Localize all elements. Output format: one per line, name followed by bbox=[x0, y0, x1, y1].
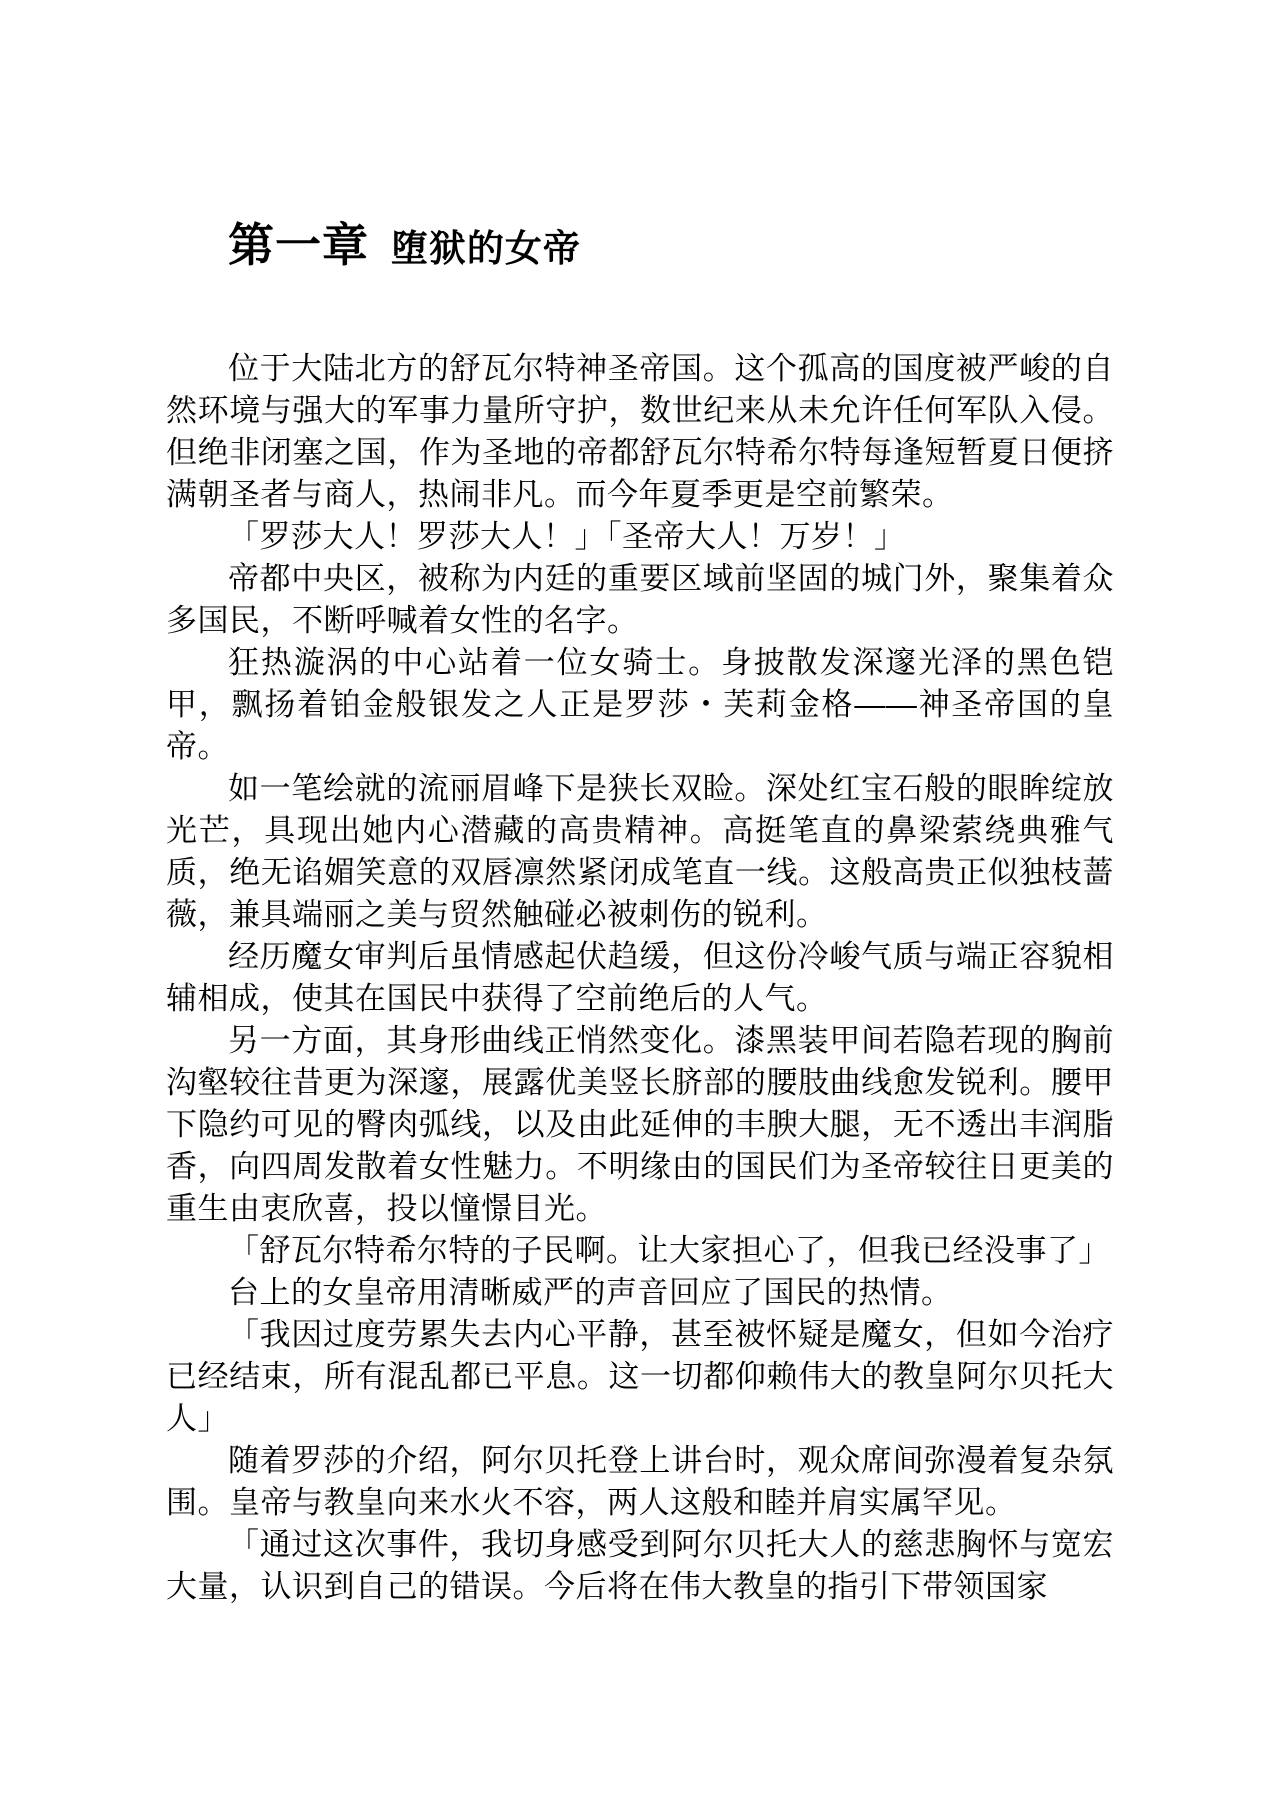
paragraph-dialogue: 「舒瓦尔特希尔特的子民啊。让大家担心了，但我已经没事了」 bbox=[166, 1230, 1114, 1272]
paragraph: 经历魔女审判后虽情感起伏趋缓，但这份冷峻气质与端正容貌相辅相成，使其在国民中获得… bbox=[166, 936, 1114, 1020]
chapter-heading: 第一章 堕狱的女帝 bbox=[166, 0, 1114, 268]
document-page: 第一章 堕狱的女帝 位于大陆北方的舒瓦尔特神圣帝国。这个孤高的国度被严峻的自然环… bbox=[0, 0, 1280, 1809]
paragraph: 狂热漩涡的中心站着一位女骑士。身披散发深邃光泽的黑色铠甲，飘扬着铂金般银发之人正… bbox=[166, 642, 1114, 768]
paragraph: 帝都中央区，被称为内廷的重要区域前坚固的城门外，聚集着众多国民，不断呼喊着女性的… bbox=[166, 558, 1114, 642]
text-column: 第一章 堕狱的女帝 位于大陆北方的舒瓦尔特神圣帝国。这个孤高的国度被严峻的自然环… bbox=[166, 0, 1114, 1608]
paragraph: 位于大陆北方的舒瓦尔特神圣帝国。这个孤高的国度被严峻的自然环境与强大的军事力量所… bbox=[166, 348, 1114, 516]
paragraph: 如一笔绘就的流丽眉峰下是狭长双睑。深处红宝石般的眼眸绽放光芒，具现出她内心潜藏的… bbox=[166, 768, 1114, 936]
paragraph: 另一方面，其身形曲线正悄然变化。漆黑装甲间若隐若现的胸前沟壑较往昔更为深邃，展露… bbox=[166, 1020, 1114, 1230]
paragraph: 随着罗莎的介绍，阿尔贝托登上讲台时，观众席间弥漫着复杂氛围。皇帝与教皇向来水火不… bbox=[166, 1440, 1114, 1524]
paragraph-dialogue: 「我因过度劳累失去内心平静，甚至被怀疑是魔女，但如今治疗已经结束，所有混乱都已平… bbox=[166, 1314, 1114, 1440]
paragraph-dialogue: 「罗莎大人！罗莎大人！」「圣帝大人！万岁！」 bbox=[166, 516, 1114, 558]
paragraph: 台上的女皇帝用清晰威严的声音回应了国民的热情。 bbox=[166, 1272, 1114, 1314]
chapter-body: 位于大陆北方的舒瓦尔特神圣帝国。这个孤高的国度被严峻的自然环境与强大的军事力量所… bbox=[166, 348, 1114, 1608]
chapter-number: 第一章 bbox=[228, 219, 369, 271]
chapter-title: 堕狱的女帝 bbox=[391, 228, 581, 269]
paragraph-dialogue: 「通过这次事件，我切身感受到阿尔贝托大人的慈悲胸怀与宽宏大量，认识到自己的错误。… bbox=[166, 1524, 1114, 1608]
